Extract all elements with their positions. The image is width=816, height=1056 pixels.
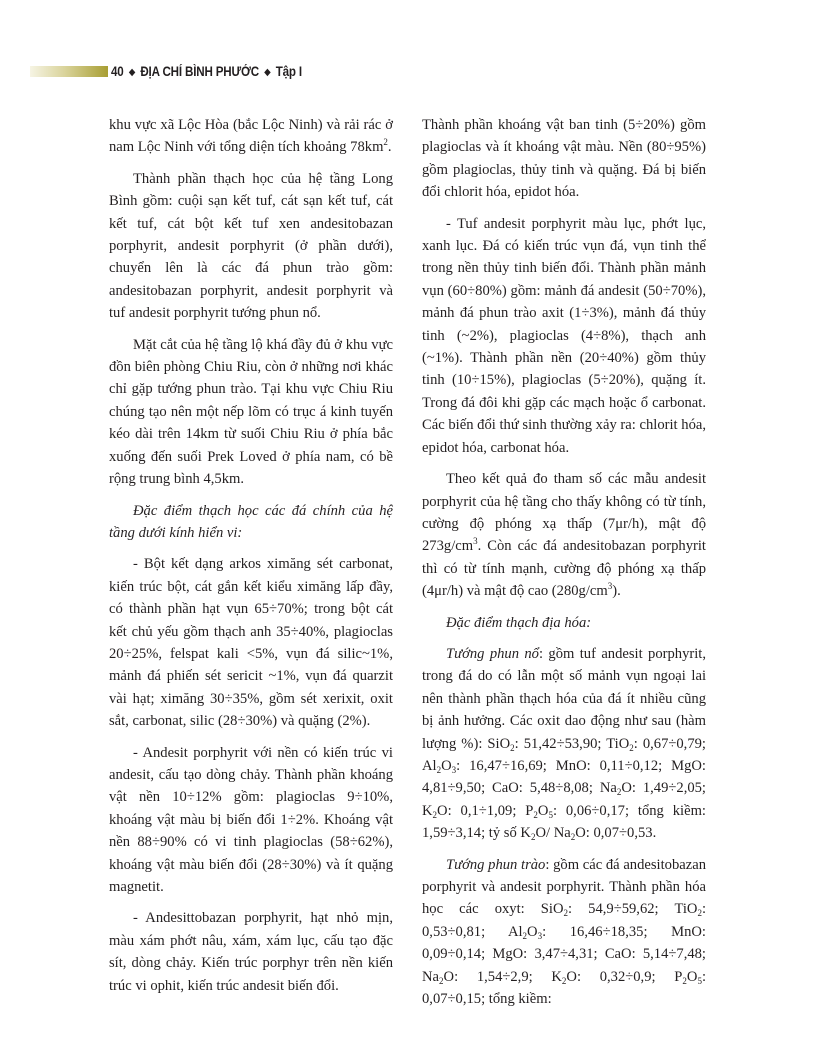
- paragraph: - Tuf andesit porphyrit màu lục, phớt lụ…: [422, 213, 706, 459]
- left-column: khu vực xã Lộc Hòa (bắc Lộc Ninh) và rải…: [109, 114, 393, 1006]
- paragraph: khu vực xã Lộc Hòa (bắc Lộc Ninh) và rải…: [109, 114, 393, 159]
- diamond-separator-icon: ◆: [264, 67, 270, 78]
- paragraph: Thành phần thạch học của hệ tầng Long Bì…: [109, 168, 393, 325]
- header-text: 40◆ĐỊA CHÍ BÌNH PHƯỚC◆Tập I: [111, 64, 302, 79]
- header-accent-bar: [30, 66, 108, 77]
- diamond-separator-icon: ◆: [129, 67, 135, 78]
- paragraph: - Andesittobazan porphyrit, hạt nhỏ mịn,…: [109, 907, 393, 997]
- paragraph: - Bột kết dạng arkos ximăng sét carbonat…: [109, 553, 393, 732]
- paragraph: Theo kết quả đo tham số các mẫu andesit …: [422, 468, 706, 602]
- running-header: 40◆ĐỊA CHÍ BÌNH PHƯỚC◆Tập I: [30, 63, 333, 79]
- paragraph: Thành phần khoáng vật ban tinh (5÷20%) g…: [422, 114, 706, 204]
- paragraph: Tướng phun trào: gồm các đá andesitobaza…: [422, 854, 706, 1011]
- section-heading: Đặc điểm thạch địa hóa:: [422, 612, 706, 634]
- page-number: 40: [111, 64, 124, 79]
- book-title: ĐỊA CHÍ BÌNH PHƯỚC: [140, 64, 259, 79]
- facies-label: Tướng phun nổ: [446, 646, 539, 662]
- facies-label: Tướng phun trào: [446, 857, 545, 873]
- volume-label: Tập I: [276, 64, 302, 79]
- right-column: Thành phần khoáng vật ban tinh (5÷20%) g…: [422, 114, 706, 1019]
- paragraph: - Andesit porphyrit với nền có kiến trúc…: [109, 742, 393, 899]
- paragraph: Tướng phun nổ: gồm tuf andesit porphyrit…: [422, 643, 706, 845]
- section-heading: Đặc điểm thạch học các đá chính của hệ t…: [109, 500, 393, 545]
- paragraph: Mặt cắt của hệ tầng lộ khá đầy đủ ở khu …: [109, 334, 393, 491]
